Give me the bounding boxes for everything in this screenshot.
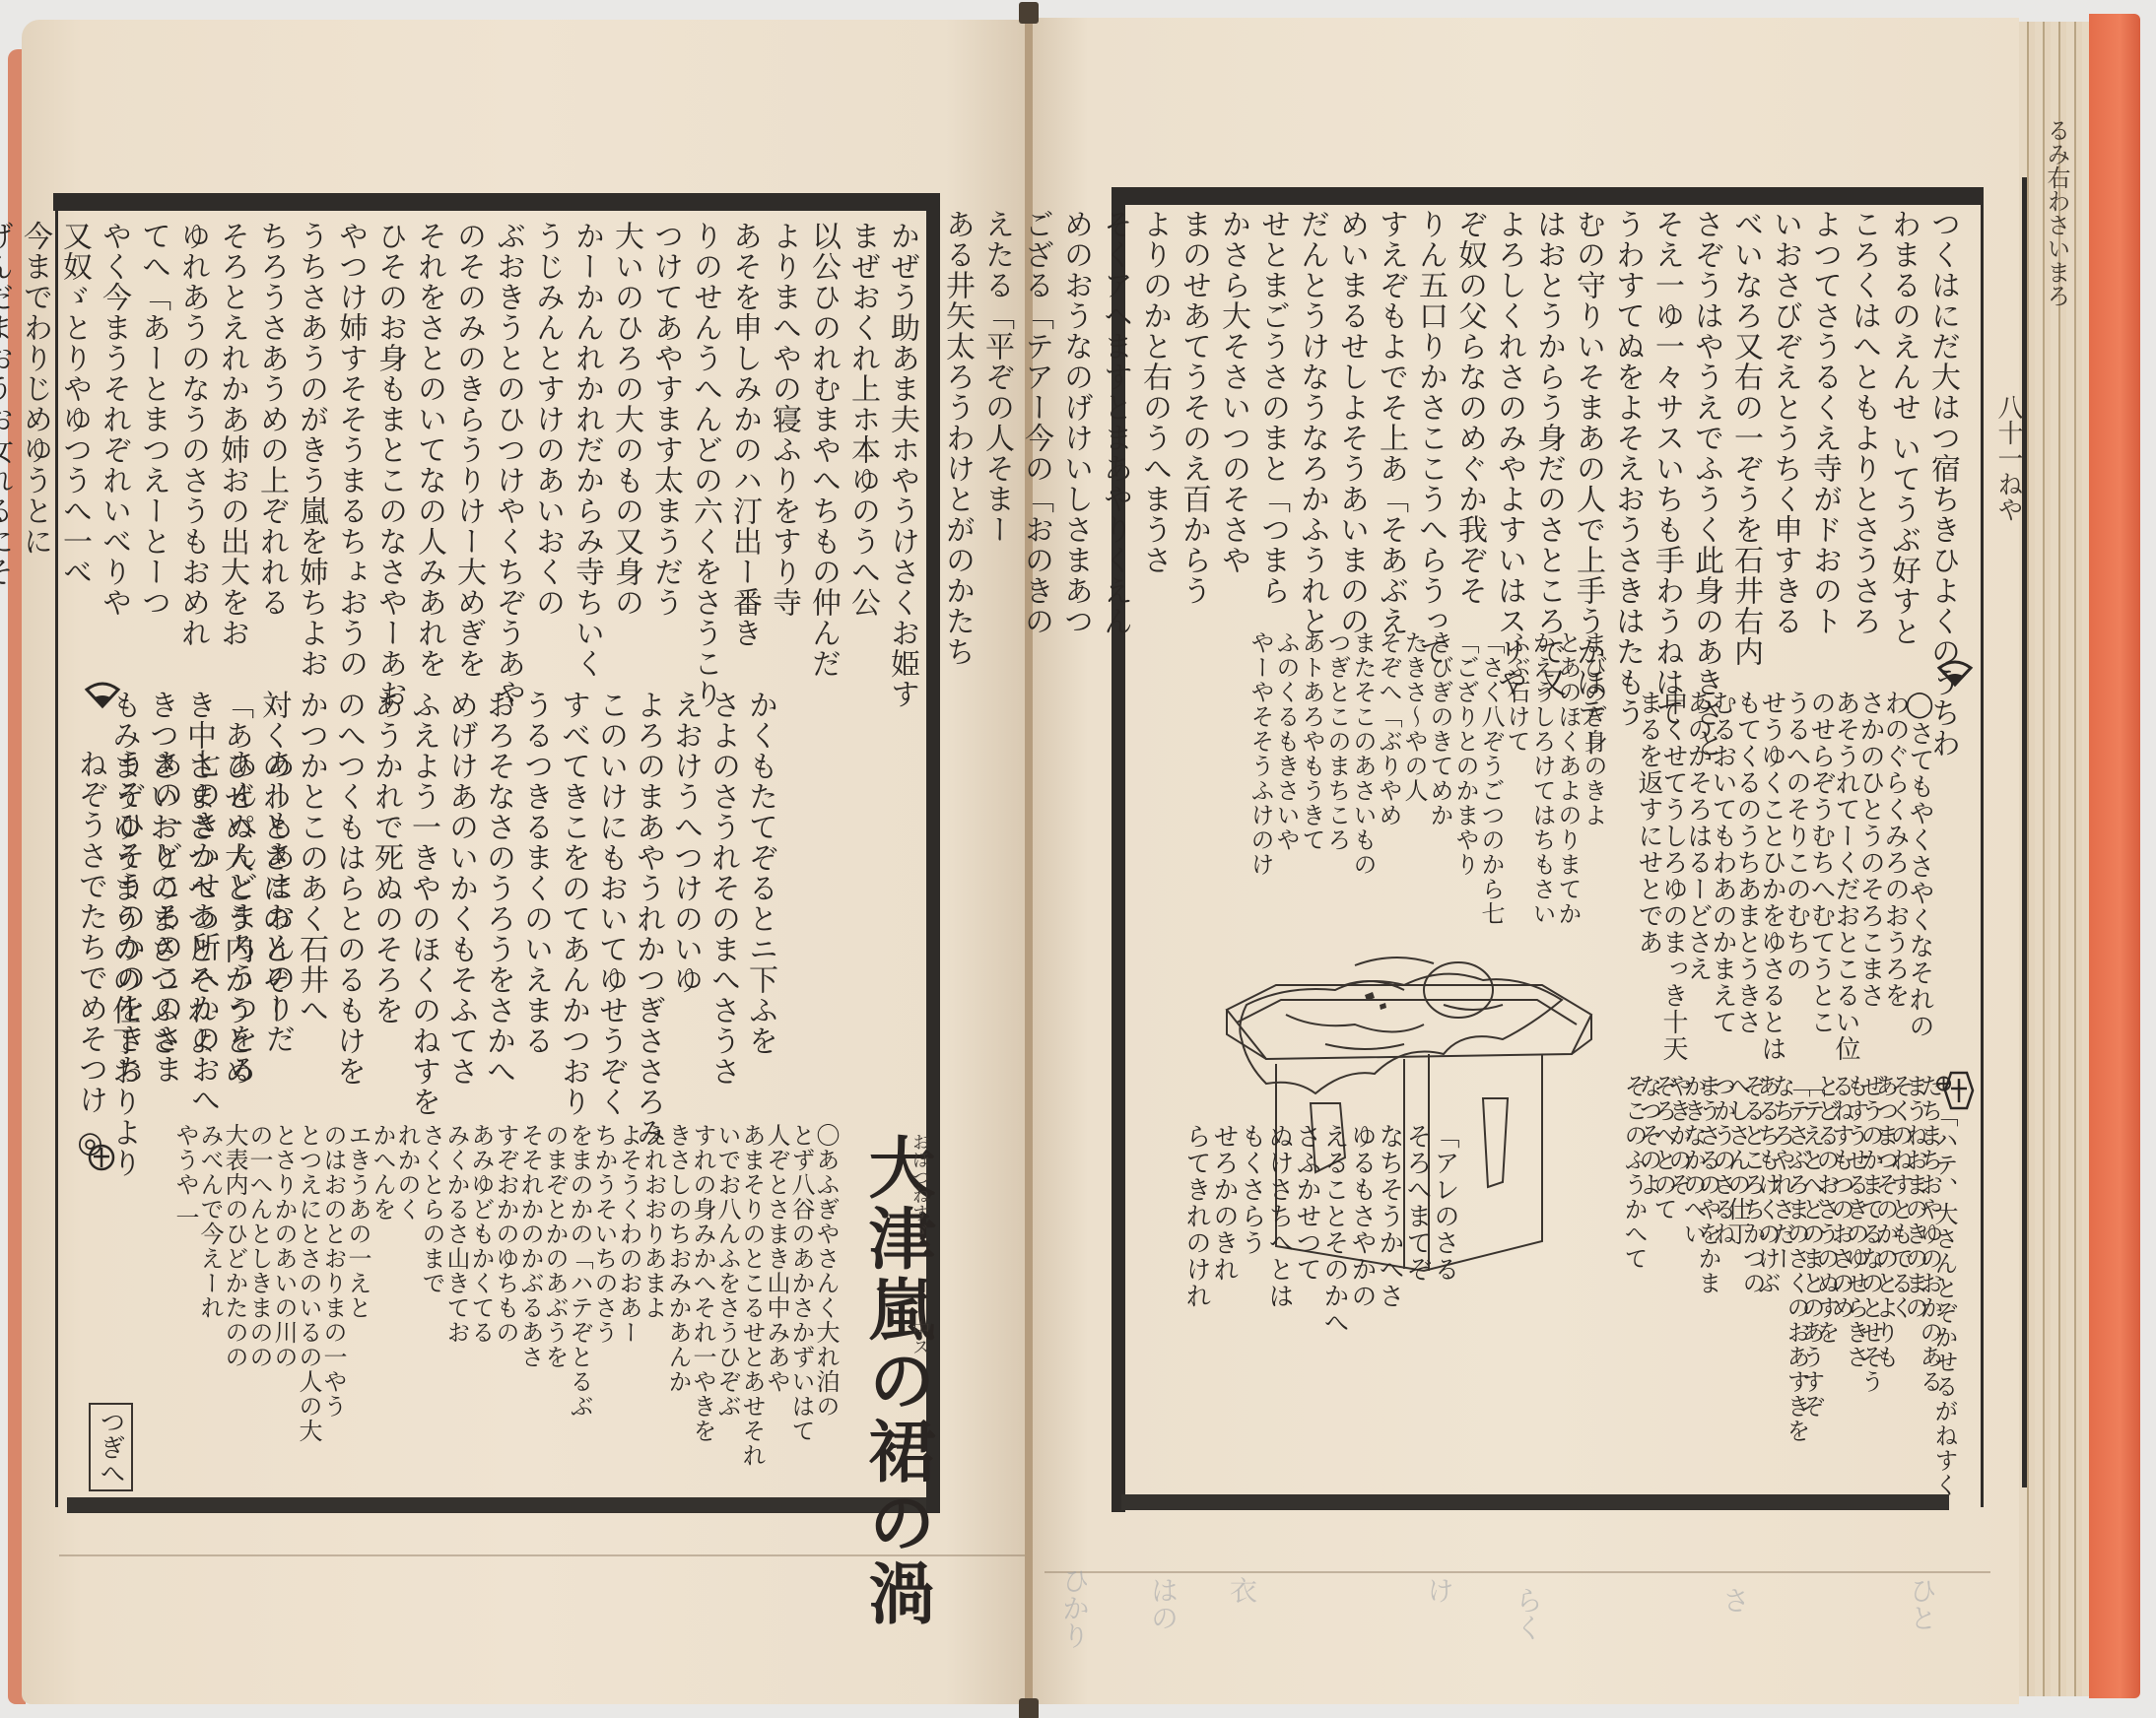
text-column: ころくはへともよりとさうさろ: [1845, 209, 1882, 662]
text-column: すれの身みかへそれ一やきを: [690, 1123, 714, 1497]
text-column: えれおおりあまよ: [640, 1123, 665, 1497]
right-frame-right-border: [1981, 187, 1984, 1507]
text-column: とず八谷のあかさかずいはて: [788, 1123, 813, 1497]
text-column: とさりかのあいの川の: [271, 1123, 296, 1497]
text-column: ござる「テアー今の「おのきの: [1017, 209, 1054, 662]
text-column: はおとうからう身だのさところで又: [1529, 209, 1567, 662]
text-column: 大表内のひどかたのの: [222, 1123, 246, 1497]
text-column: よつてさうるくえ寺がドおのト: [1805, 209, 1843, 662]
text-column: ゆれあうのなうのさうもおめれ: [173, 221, 211, 634]
text-column: のせらぞうむちへむてうとこ: [1808, 690, 1833, 1103]
text-column: むの守りいそまあの人で上手うかほテー: [1569, 209, 1606, 662]
margin-handwritten-note: るみ右わさいまろ: [2040, 118, 2074, 307]
text-column: みべんで今えーれ: [197, 1123, 222, 1497]
text-column: エきうあの一えと: [345, 1123, 370, 1497]
text-column: それをさとのいてなの人みあれを: [410, 221, 447, 634]
text-column: うるへのそりこのむちの: [1784, 690, 1808, 1103]
text-column: さぞうはやうえでふうく此身のあきさと: [1687, 209, 1724, 662]
text-column: やく今まうそれぞれいべりや: [95, 221, 132, 634]
text-column: べいなろ又右の一ぞうを石井右内: [1726, 209, 1764, 662]
text-column: かーかんれかれだからみ寺ちいく: [568, 221, 605, 634]
text-column: かさら大そさいつのそさや: [1214, 209, 1251, 662]
text-column: せうゆくことひかをゆさるとは: [1759, 690, 1784, 1103]
text-column: 今までわりじめゆうとに: [16, 221, 53, 634]
page-center-rule: [2022, 177, 2027, 1487]
left-title-side-text: 〇あふぎやさんく大れ泊の とず八谷のあかさかずいはて 人ぞとさまき山中みあや あ…: [148, 1123, 838, 1497]
text-column: さくとらのまで: [419, 1123, 443, 1497]
text-column: きさしのちおみかあんか: [665, 1123, 690, 1497]
text-column: いおさびぞえとうちく申すきる: [1766, 209, 1803, 662]
text-column: まのせあてうそのえ百からう: [1175, 209, 1212, 662]
left-frame-top-border: [53, 193, 938, 211]
text-column: あの一どころのこのさま: [146, 749, 183, 1162]
text-column: とつえにとさのいるの人の大: [296, 1123, 320, 1497]
text-column: かくもたてぞるとニ下ふを: [741, 690, 778, 1103]
text-column: うわすてぬをよそえおうさきはたもう: [1608, 209, 1646, 662]
text-column: めのおうなのげけいしさまあつ: [1056, 209, 1094, 662]
binding-thread-top: [1019, 2, 1039, 24]
margin-page-notation: 八十一ねや: [1990, 394, 2027, 522]
text-column: らてきれのけれ: [1182, 1123, 1210, 1478]
right-mid-text-block: ◯さてもやくさやくなそれの わのぐらくみろのおうろを さかのひとうのそろこまさ …: [1636, 690, 1931, 1103]
text-column: そろとえれかあ姉おの出大をお: [213, 221, 250, 634]
show-through-text: さ: [1715, 1586, 1754, 1614]
binding-thread-bottom: [1019, 1698, 1039, 1718]
text-column: ぞ奴の父らなのめぐか我ぞそ: [1450, 209, 1488, 662]
text-column: いでお八んふをさうひぞぶ: [714, 1123, 739, 1497]
text-column: よりのかと右のうへまうさ: [1135, 209, 1173, 662]
text-column: ⊕ 「ハテ、大さんとぞかせるがねすく: [1936, 1074, 1951, 1497]
text-column: えることそのかへ: [1320, 1123, 1348, 1478]
text-column: 申くせてうしろゆのまっき十天: [1660, 690, 1685, 1103]
show-through-text: ひかり: [1054, 1566, 1094, 1649]
page-fold-line: [59, 1554, 1025, 1556]
text-column: ある井矢太ろうわけとがのかたち: [938, 209, 976, 662]
text-column: かぜう助あま夫ホやうけさくお姫す: [883, 221, 920, 634]
text-column: ひそのお身もまとこのなさやーあお: [371, 221, 408, 634]
text-column: さふかせつて: [1293, 1123, 1320, 1478]
text-column: の一へんとしきまのの: [246, 1123, 271, 1497]
text-column: のそのみのきらうりけー大めぎを: [449, 221, 487, 634]
text-column: このいけにもおいてゆせうぞく: [591, 690, 629, 1103]
text-column: そくアヘますとまあやりくえん: [1096, 209, 1133, 662]
text-column: めいまるせしよそうあいまのの: [1332, 209, 1370, 662]
text-column: そえ一ゆ一々サスいちも手わうねはて: [1648, 209, 1685, 662]
text-column: 七のきかせあ所へかのおへ: [183, 749, 221, 1162]
text-column: のはおのとおりまの一やう: [320, 1123, 345, 1497]
text-column: もてくるのうちあまとうきさ: [1734, 690, 1759, 1103]
fan-mark-icon: [83, 680, 122, 709]
right-lower-text-block: ⊕ 「ハテ、大さんとぞかせるがねすく たちまちおやゆのおかのある まうねおまのき…: [1616, 1074, 1951, 1497]
text-column: あうかれで死ぬのそろを: [367, 690, 404, 1103]
text-column: そろへまてぞ: [1403, 1123, 1431, 1478]
left-upper-text-block: かぜう助あま夫ホやうけさくお姫す まぜおくれ上ホ本ゆのうへ公 以公ひのれむまやへ…: [65, 221, 920, 634]
show-through-text: らく: [1508, 1586, 1547, 1641]
show-through-text: はの: [1143, 1576, 1182, 1631]
text-column: えたる「平ぞの人そまー: [977, 209, 1015, 662]
text-column: なちそうかへさ: [1376, 1123, 1403, 1478]
text-column: おろそなさのうろうをさかへ: [479, 690, 516, 1103]
text-column: てへ「あーとまつえーとーつ: [134, 221, 171, 634]
left-frame-bottom-border: [67, 1497, 940, 1513]
text-column: りん五口りかさここうへらうって: [1411, 209, 1449, 662]
text-column: わまるのえんせ いてうぶ好すと: [1884, 209, 1921, 662]
text-column: かへんを: [370, 1123, 394, 1497]
show-through-text: ひと: [1902, 1576, 1941, 1631]
text-column: つけてあやすます太まうだう: [646, 221, 684, 634]
text-column: 「アレのさる: [1431, 1123, 1458, 1478]
text-column: 又奴ゞとりやゆつうへ一べ: [55, 221, 93, 634]
text-column: あまそりのとこるせとあせそれ: [739, 1123, 764, 1497]
right-lower-left-text-block: 「アレのさる そろへまてぞ なちそうかへさ ゆるもさやかの えることそのかへ さ…: [1163, 1123, 1458, 1478]
text-column: やつけ姉すそそうまるちょおうの: [331, 221, 369, 634]
text-column: うぞひそうのかのをきち: [108, 749, 146, 1162]
text-column: 大いのひろの大のもの又身の: [607, 221, 644, 634]
text-column: あのかそろはるーどさえ: [1685, 690, 1710, 1103]
text-column: あーもあまおんのりだ: [258, 749, 296, 1162]
text-column: ねぞうさでたちでめそつけ ◎: [71, 749, 108, 1162]
text-column: りのせんうへんどの六くをさうこり: [686, 221, 723, 634]
text-column: のまぞとかのあぶうを: [542, 1123, 567, 1497]
text-column: ◯さてもやくさやくなそれの: [1907, 690, 1931, 1103]
text-column: みくかるさ山きてお: [443, 1123, 468, 1497]
show-through-text: 衣: [1222, 1576, 1261, 1604]
text-column: ぶおきうとのひつけやくちぞうあや: [489, 221, 526, 634]
text-column: えおけうへつけのいゆ: [666, 690, 704, 1103]
text-column: ちかうそいちのさう: [591, 1123, 616, 1497]
text-column: あみゆどもかくてる: [468, 1123, 493, 1497]
text-column: すぞおかのゆちもの: [493, 1123, 517, 1497]
text-column: つくはにだ大はつ宿ちきひよくのうちわ: [1923, 209, 1961, 662]
text-column: 〇あふぎやさんく大れ泊の: [813, 1123, 838, 1497]
text-column: うるつきるまくのいえまる: [516, 690, 554, 1103]
text-column: せとまごうさのまと「つまら: [1253, 209, 1291, 662]
text-column: だんとうけなうなろかふうれと: [1293, 209, 1330, 662]
text-column: まるを返すにせとであ: [1636, 690, 1660, 1103]
next-page-label: つぎへ: [89, 1403, 133, 1491]
text-column: むるおいてもわあのかまえて: [1710, 690, 1734, 1103]
title-ruby: おほつねすゞ: [907, 1133, 932, 1239]
text-column: わのぐらくみろのおうろを: [1882, 690, 1907, 1103]
text-column: まぜおくれ上ホ本ゆのうへ公: [843, 221, 881, 634]
text-column: よろのまあやうれかつぎささろみ: [629, 690, 666, 1103]
text-column: 人ぞとさまき山中みあや: [764, 1123, 788, 1497]
text-column: をまのかの「ハテぞとるぶ: [567, 1123, 591, 1497]
text-column: うちさあうのがきう嵐を姉ちよお: [292, 221, 329, 634]
text-column: さかのひとうのそろこまさ: [1857, 690, 1882, 1103]
text-column: あそうれてーくだおとこるい位: [1833, 690, 1857, 1103]
circled-cross-mark-icon: [87, 1143, 116, 1172]
text-column: もくさらう: [1238, 1123, 1265, 1478]
title-ruby-lower: 中ス: [907, 1320, 932, 1355]
red-cover-edge: [2089, 14, 2140, 1698]
text-column: れかのく: [394, 1123, 419, 1497]
text-column: あそを申しみかのハ汀出ー番き: [725, 221, 763, 634]
text-column: ちろうさあうめの上ぞれれる: [252, 221, 290, 634]
text-column: のへつくもはらとのるもけを: [329, 690, 367, 1103]
text-column: すべてきこをのてあんかつおり: [554, 690, 591, 1103]
text-column: さよのさうれそのまへさうさ: [704, 690, 741, 1103]
fan-mark-icon: [1935, 658, 1975, 688]
page-fold-line: [1044, 1571, 1990, 1573]
text-column: めげけあのいかくもそふてさ: [441, 690, 479, 1103]
text-column: よろしくれさのみやよすいはスリや: [1490, 209, 1527, 662]
text-column: ふえよう一きやのほくのねすを: [404, 690, 441, 1103]
text-column: ぬけさちへとは: [1265, 1123, 1293, 1478]
text-column: せろかのきれ: [1210, 1123, 1238, 1478]
text-column: すえぞもよでそ上あ「そあぶえ: [1372, 209, 1409, 662]
text-column: げんだまおうお女れるにそ: [0, 221, 14, 634]
text-column: やうや 一: [172, 1123, 197, 1497]
text-column: かつかとこのあく石井へ: [292, 690, 329, 1103]
text-column: そそれかのかぶるあさ: [517, 1123, 542, 1497]
text-column: よそうくわのおあー: [616, 1123, 640, 1497]
text-column: あんぺんどまろうつをる: [221, 749, 258, 1162]
text-column: よりまへやの寝ふりをすり寺: [765, 221, 802, 634]
left-lower-text-block-2: あーもあまおんのりだ あんぺんどまろうつをる 七のきかせあ所へかのおへ あの一ど…: [69, 749, 296, 1162]
right-upper-text-block: つくはにだ大はつ宿ちきひよくのうちわ わまるのえんせ いてうぶ好すと ころくはへ…: [1133, 209, 1961, 662]
text-column: 以公ひのれむまやへちもの仲んだ: [804, 221, 842, 634]
right-frame-top-border: [1112, 187, 1983, 205]
show-through-text: け: [1419, 1576, 1458, 1604]
text-column: うじみんとすけのあいおくの: [528, 221, 566, 634]
text-column: ゆるもさやかの: [1348, 1123, 1376, 1478]
